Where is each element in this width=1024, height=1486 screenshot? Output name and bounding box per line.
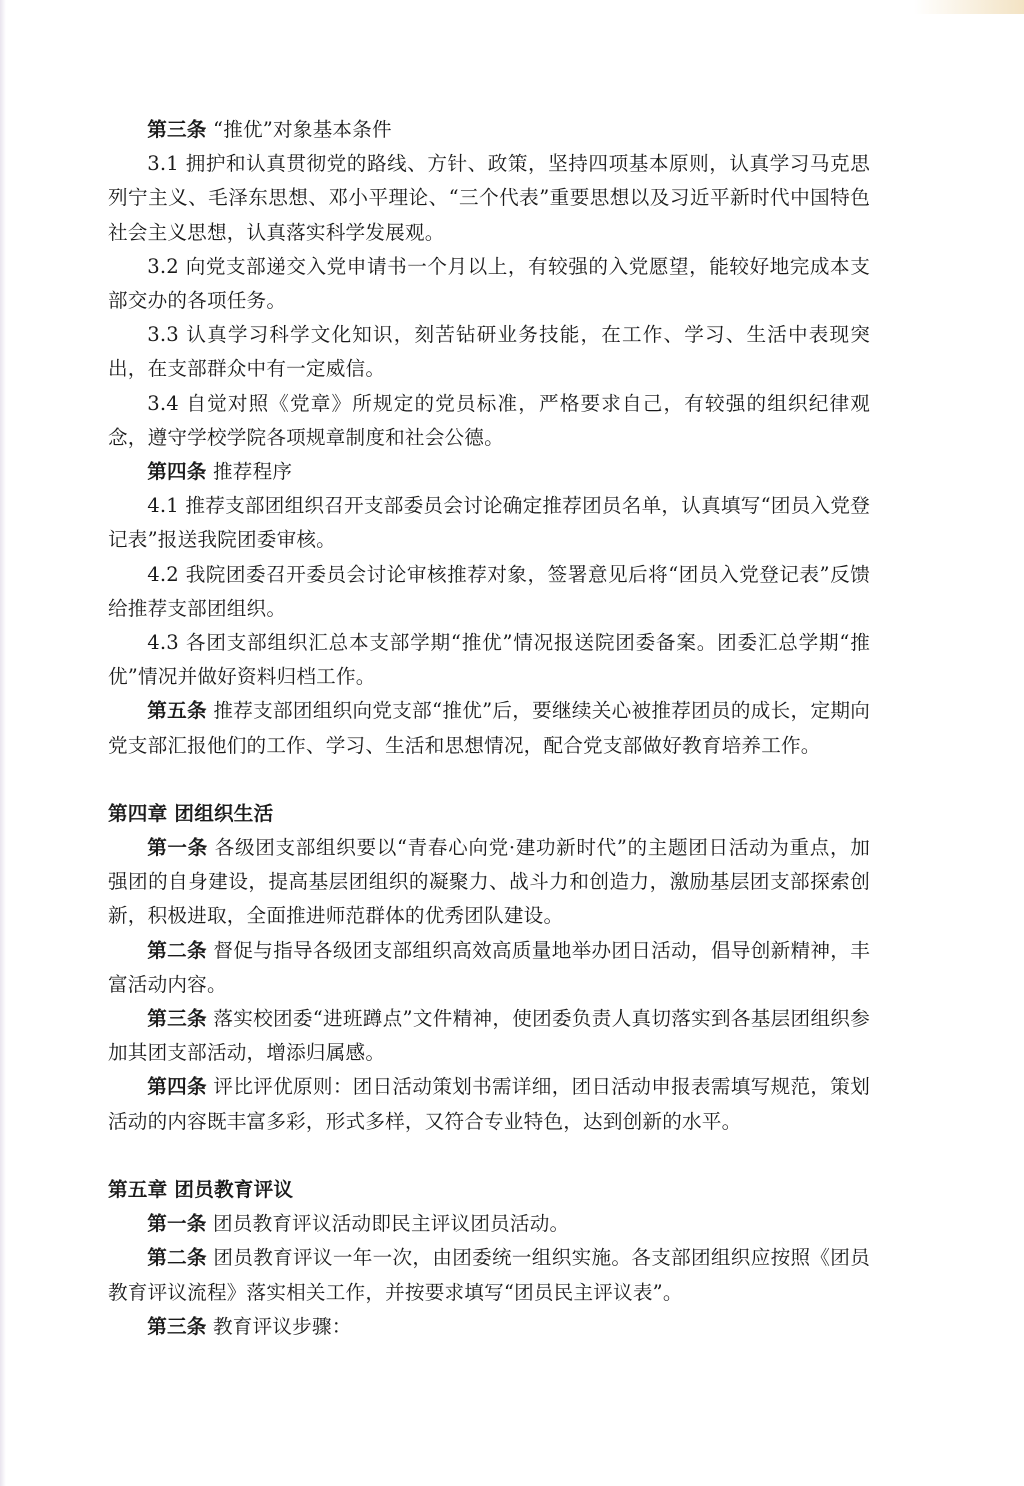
page-corner-tint [914,0,1024,14]
article-label: 第三条 [147,1007,207,1030]
article-paragraph: 第五条 推荐支部团组织向党支部“推优”后，要继续关心被推荐团员的成长，定期向党支… [108,694,870,762]
article-text: 教育评议步骤： [207,1315,352,1338]
article-text: 推荐支部团组织向党支部“推优”后，要继续关心被推荐团员的成长，定期向党支部汇报他… [108,699,870,756]
article-title: “推优”对象基本条件 [207,118,392,141]
article-label: 第一条 [147,836,208,859]
article-text: 评比评优原则：团日活动策划书需详细，团日活动申报表需填写规范，策划活动的内容既丰… [108,1075,870,1132]
article-label: 第五条 [147,699,207,722]
clause-3-2: 3.2 向党支部递交入党申请书一个月以上，有较强的入党愿望，能较好地完成本支部交… [108,250,870,318]
article-paragraph: 第二条 督促与指导各级团支部组织高效高质量地举办团日活动，倡导创新精神，丰富活动… [108,934,870,1002]
article-label: 第四条 [147,460,206,483]
clause-3-3: 3.3 认真学习科学文化知识，刻苦钻研业务技能，在工作、学习、生活中表现突出，在… [108,318,870,386]
clause-4-3: 4.3 各团支部组织汇总本支部学期“推优”情况报送院团委备案。团委汇总学期“推优… [108,626,870,694]
article-paragraph: 第一条 团员教育评议活动即民主评议团员活动。 [108,1207,870,1241]
clause-3-4: 3.4 自觉对照《党章》所规定的党员标准，严格要求自己，有较强的组织纪律观念，遵… [108,387,870,455]
article-paragraph: 第一条 各级团支部组织要以“青春心向党·建功新时代”的主题团日活动为重点，加强团… [108,831,870,934]
article-heading: 第四条 推荐程序 [108,455,870,489]
article-paragraph: 第三条 教育评议步骤： [108,1310,870,1344]
page-edge-shadow [0,0,6,1486]
chapter-heading: 第五章 团员教育评议 [108,1173,870,1207]
article-text: 团员教育评议一年一次，由团委统一组织实施。各支部团组织应按照《团员教育评议流程》… [108,1246,870,1303]
article-text: 团员教育评议活动即民主评议团员活动。 [207,1212,570,1235]
article-label: 第三条 [147,1315,206,1338]
article-label: 第四条 [147,1075,207,1098]
article-paragraph: 第三条 落实校团委“进班蹲点”文件精神，使团委负责人真切落实到各基层团组织参加其… [108,1002,870,1070]
article-paragraph: 第四条 评比评优原则：团日活动策划书需详细，团日活动申报表需填写规范，策划活动的… [108,1070,870,1138]
clause-4-2: 4.2 我院团委召开委员会讨论审核推荐对象，签署意见后将“团员入党登记表”反馈给… [108,558,870,626]
document-body: 第三条 “推优”对象基本条件 3.1 拥护和认真贯彻党的路线、方针、政策，坚持四… [108,113,870,1344]
clause-4-1: 4.1 推荐支部团组织召开支部委员会讨论确定推荐团员名单，认真填写“团员入党登记… [108,489,870,557]
article-label: 第三条 [147,118,206,141]
chapter-heading: 第四章 团组织生活 [108,797,870,831]
article-title: 推荐程序 [207,460,293,483]
clause-3-1: 3.1 拥护和认真贯彻党的路线、方针、政策，坚持四项基本原则，认真学习马克思列宁… [108,147,870,250]
article-text: 督促与指导各级团支部组织高效高质量地举办团日活动，倡导创新精神，丰富活动内容。 [108,939,870,996]
article-label: 第二条 [147,939,207,962]
article-text: 落实校团委“进班蹲点”文件精神，使团委负责人真切落实到各基层团组织参加其团支部活… [108,1007,870,1064]
article-paragraph: 第二条 团员教育评议一年一次，由团委统一组织实施。各支部团组织应按照《团员教育评… [108,1241,870,1309]
article-text: 各级团支部组织要以“青春心向党·建功新时代”的主题团日活动为重点，加强团的自身建… [108,836,870,927]
article-label: 第一条 [147,1212,206,1235]
article-heading: 第三条 “推优”对象基本条件 [108,113,870,147]
article-label: 第二条 [147,1246,207,1269]
